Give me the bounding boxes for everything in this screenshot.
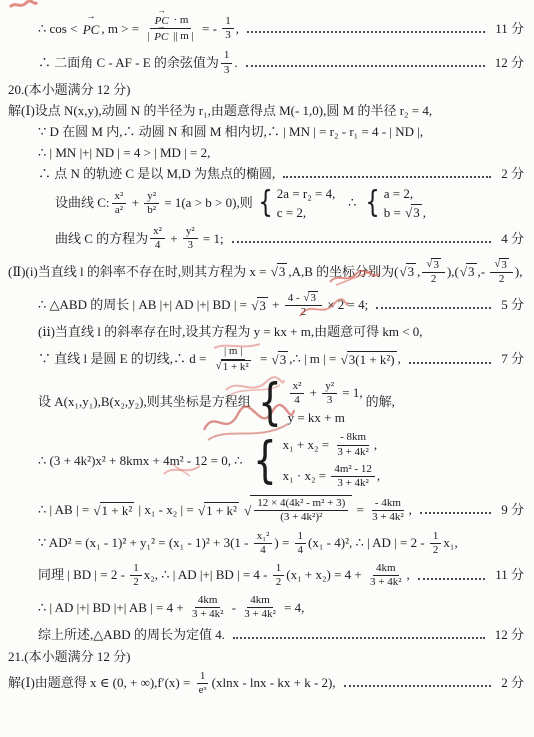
math-text: ∵ D 在圆 M 内,∴ 动圆 N 和圆 M 相内切,∴ | MN | = r₂… <box>38 124 423 140</box>
math-text: ,- <box>478 264 489 280</box>
math-text: ),( <box>447 264 459 280</box>
math-text: ∴ <box>338 195 359 211</box>
math-text: , <box>377 468 380 484</box>
math-expression: ∵ 直线 l 是圆 E 的切线,∴ d = | m |√1 + k² = √3,… <box>38 344 401 374</box>
fraction: | m |√1 + k² <box>212 345 255 373</box>
math-text: · m <box>171 14 189 27</box>
dotted-leader <box>418 578 485 580</box>
math-text: y² <box>325 380 334 393</box>
solution-line: ∴ △ABD 的周长 | AB |+| AD |+| BD | = √3 + 4… <box>0 290 524 320</box>
math-text: 3 + 4k² <box>337 446 369 459</box>
math-expression: ∴ | AD |+| BD |+| AB | = 4 + 4km3 + 4k² … <box>38 593 304 622</box>
math-expression: (Ⅱ)(i)当直线 l 的斜率不存在时,则其方程为 x = √3,A,B 的坐标… <box>8 257 522 287</box>
fraction: y²b² <box>144 190 159 217</box>
math-text: 2 <box>431 273 437 286</box>
solution-line: 设 A(x₁,y₁),B(x₂,y₂),则其坐标是方程组{x²4 + y²3 =… <box>0 379 524 427</box>
radicand: 1 + k² <box>221 360 251 374</box>
math-text: 3 <box>280 352 287 368</box>
math-text: c = 2, <box>277 205 306 221</box>
math-text: , <box>409 502 412 518</box>
fraction-numerator: y² <box>322 380 337 394</box>
left-brace-icon: { <box>258 379 282 427</box>
math-text: 3 + 4k² <box>370 576 402 589</box>
math-text: 的解, <box>366 394 395 410</box>
dotted-leader <box>344 685 492 687</box>
math-text: = 4, <box>281 600 305 616</box>
cases-group: {x²4 + y²3 = 1,y = kx + m <box>254 379 363 427</box>
radicand: 1 + k² <box>100 502 135 519</box>
radicand: 3 <box>411 204 422 221</box>
math-text: 1 <box>433 530 439 543</box>
math-text: 同理 | BD | = 2 - <box>38 567 128 583</box>
fraction-denominator: √1 + k² <box>212 360 255 374</box>
radicand: 12 × 4(4k² - m² + 3)(3 + 4k²)² <box>250 495 352 525</box>
cases-rows: x₁ + x₂ = - 8km3 + 4k²,x₁ · x₂ = 4m² - 1… <box>283 430 381 491</box>
fraction-numerator: 4m² - 12 <box>331 463 375 477</box>
radicand: 3 <box>499 258 509 272</box>
math-text: (Ⅱ)(i)当直线 l 的斜率不存在时,则其方程为 x = <box>8 264 270 280</box>
math-text: a² <box>115 204 123 217</box>
solution-line: ∴ (3 + 4k²)x² + 8kmx + 4m² - 12 = 0, ∴ {… <box>0 430 524 491</box>
math-text: , <box>417 264 420 280</box>
fraction-numerator: 12 × 4(4k² - m² + 3) <box>254 497 348 511</box>
math-text: ) = <box>274 535 292 551</box>
math-text: ∴ (3 + 4k²)x² + 8kmx + 4m² - 12 = 0, ∴ <box>38 453 246 469</box>
math-text: 4 <box>260 544 266 557</box>
solution-line: 综上所述,△ABD 的周长为定值 4.12 分 <box>0 626 524 644</box>
math-text: ∵ AD² = (x₁ - 1)² + y₁² = (x₁ - 1)² + 3(… <box>38 535 252 551</box>
math-text: 3 <box>225 29 231 42</box>
math-text: | x₁ - x₂ | = <box>135 502 197 518</box>
math-text: 3(1 + k²) <box>349 352 395 368</box>
math-text: (ⅱ)当直线 l 的斜率存在时,设其方程为 y = kx + m,由题意可得 k… <box>38 324 423 340</box>
math-text: = 1(a > b > 0),则 <box>161 195 253 211</box>
math-expression: 综上所述,△ABD 的周长为定值 4. <box>38 627 225 643</box>
math-text <box>240 502 243 518</box>
fraction: - 8km3 + 4k² <box>334 431 372 458</box>
math-text: = 1, <box>339 385 363 401</box>
left-brace-icon: { <box>253 437 277 485</box>
square-root: √3 <box>426 258 441 272</box>
fraction-denominator: a² <box>112 204 126 217</box>
math-text: - 8km <box>340 431 366 444</box>
math-text: (x₁ + x₂) = 4 + <box>286 567 365 583</box>
dotted-leader <box>420 512 491 514</box>
square-root: √1 + k² <box>93 502 134 519</box>
math-text: 3 <box>327 394 333 407</box>
math-text: x² <box>153 225 162 238</box>
math-expression: 20.(本小题满分 12 分) <box>8 82 130 98</box>
math-text: = <box>353 502 367 518</box>
fraction-denominator: 2 <box>430 544 442 557</box>
math-expression: ∴ 二面角 C - AF - E 的余弦值为13. <box>38 48 238 77</box>
fraction-denominator: 4 <box>152 239 164 252</box>
fraction-denominator: | PC || m | <box>144 29 196 44</box>
math-text: 4 <box>294 394 300 407</box>
math-text: 综上所述,△ABD 的周长为定值 4. <box>38 627 225 643</box>
cases-row: c = 2, <box>277 205 306 221</box>
fraction-denominator: b² <box>144 204 159 217</box>
fraction: - 4km3 + 4k² <box>369 497 407 524</box>
math-text: eˣ <box>199 684 207 697</box>
score-label: 2 分 <box>499 166 524 182</box>
fraction-numerator: 1 <box>222 15 234 29</box>
fraction-numerator: y² <box>183 225 198 239</box>
math-text: 2 <box>133 576 139 589</box>
math-text: × 2 = 4; <box>324 297 368 313</box>
math-text: 3 <box>468 264 475 280</box>
score-label: 11 分 <box>493 567 524 583</box>
math-text: 解(Ⅰ)设点 N(x,y),动圆 N 的半径为 r₁,由题意得点 M(- 1,0… <box>8 103 432 119</box>
left-brace-icon: { <box>258 189 272 218</box>
fraction: PC · m| PC || m | <box>144 13 196 44</box>
math-text: x₂, ∴ | AD |+| BD | = 4 - <box>144 567 271 583</box>
fraction: √32 <box>422 258 445 286</box>
math-text: 4 - <box>288 292 303 305</box>
math-text: ∴ 二面角 C - AF - E 的余弦值为 <box>38 55 219 71</box>
math-text: ,A,B 的坐标分别为( <box>288 264 398 280</box>
fraction-denominator: 3 + 4k² <box>334 477 372 490</box>
math-text: ∴ | AD |+| BD |+| AB | = 4 + <box>38 600 187 616</box>
fraction-denominator: 3 <box>221 64 233 77</box>
cases-row: y = kx + m <box>288 410 345 426</box>
math-text: 3 + 4k² <box>372 511 404 524</box>
square-root: √3 <box>400 263 417 280</box>
math-expression: 21.(本小题满分 12 分) <box>8 649 130 665</box>
dotted-leader <box>247 31 485 33</box>
fraction-numerator: √3 <box>422 258 445 273</box>
math-text: 2 <box>433 544 439 557</box>
math-text: 1 + k² <box>102 503 133 519</box>
cases-row: a = 2, <box>384 186 413 202</box>
cases-row: x²4 + y²3 = 1, <box>288 379 363 408</box>
fraction-numerator: 1 <box>430 530 442 544</box>
solution-line: ∴ cos < PC, m > = PC · m| PC || m | = - … <box>0 12 524 45</box>
fraction-denominator: eˣ <box>196 684 210 697</box>
math-text: , <box>398 351 401 367</box>
math-expression: ∴ cos < PC, m > = PC · m| PC || m | = - … <box>38 12 239 45</box>
math-text: 3 <box>413 205 420 221</box>
math-text: , <box>423 205 426 221</box>
math-text: + <box>128 195 142 211</box>
math-expression: ∴ | MN |+| ND | = 4 > | MD | = 2, <box>38 145 210 161</box>
square-root: √3 <box>271 263 288 280</box>
fraction: 4km3 + 4k² <box>189 594 227 621</box>
math-text: + <box>269 297 283 313</box>
fraction-denominator: 3 + 4k² <box>369 511 407 524</box>
dotted-leader <box>246 65 485 67</box>
fraction: 12 <box>430 530 442 557</box>
radicand: 1 + k² <box>204 502 239 519</box>
math-expression: 设 A(x₁,y₁),B(x₂,y₂),则其坐标是方程组{x²4 + y²3 =… <box>38 379 395 427</box>
math-text: | <box>147 30 152 43</box>
math-text: y = kx + m <box>288 410 345 426</box>
math-text: x₁ + x₂ = <box>283 437 333 453</box>
math-text: 1 + k² <box>206 503 237 519</box>
solution-line: 解(Ⅰ)由题意得 x ∈ (0, + ∞),f′(x) = 1eˣ(xlnx -… <box>0 669 524 698</box>
fraction-numerator: 1 <box>295 530 307 544</box>
solution-line: ∴ | AB | = √1 + k² | x₁ - x₂ | = √1 + k²… <box>0 495 524 525</box>
fraction-numerator: 1 <box>221 49 233 63</box>
fraction: 12 <box>130 562 142 589</box>
fraction-numerator: x² <box>290 380 305 394</box>
radicand: 3 <box>431 258 441 272</box>
math-text: 4 <box>155 239 161 252</box>
fraction-denominator: 2 <box>273 576 285 589</box>
fraction-numerator: 4 - √3 <box>285 291 322 306</box>
cases-row: x₁ + x₂ = - 8km3 + 4k², <box>283 430 378 459</box>
math-text: 4 <box>298 544 304 557</box>
dotted-leader <box>376 307 491 309</box>
math-text: a = 2, <box>384 186 413 202</box>
fraction-denominator: 2 <box>496 273 508 286</box>
radicand: 3 <box>257 297 268 314</box>
math-text: (xlnx - lnx - kx + k - 2), <box>212 675 336 691</box>
cases-group: {2a = r₂ = 4,c = 2, <box>256 186 336 221</box>
math-text: (x₁ - 4)², ∴ | AD | = 2 - <box>308 535 428 551</box>
score-label: 12 分 <box>493 55 524 71</box>
fraction-denominator: 3 + 4k² <box>241 608 279 621</box>
vector-PC: PC <box>83 20 100 38</box>
fraction: y²3 <box>183 225 198 252</box>
fraction: 4km3 + 4k² <box>241 594 279 621</box>
fraction-numerator: | m | <box>221 345 245 359</box>
math-text: 20.(本小题满分 12 分) <box>8 82 130 98</box>
scanned-page: ∴ cos < PC, m > = PC · m| PC || m | = - … <box>0 0 534 737</box>
solution-line: 21.(本小题满分 12 分) <box>0 648 524 666</box>
fraction-denominator: 4 <box>291 394 303 407</box>
math-text: = <box>257 351 271 367</box>
math-expression: (ⅱ)当直线 l 的斜率存在时,设其方程为 y = kx + m,由题意可得 k… <box>38 324 423 340</box>
cases-row: b = √3, <box>384 204 426 221</box>
solution-line: (ⅱ)当直线 l 的斜率存在时,设其方程为 y = kx + m,由题意可得 k… <box>0 323 524 341</box>
fraction: x²4 <box>290 380 305 407</box>
cases-rows: a = 2,b = √3, <box>384 186 426 222</box>
solution-line: 设曲线 C:x²a² + y²b² = 1(a > b > 0),则{2a = … <box>0 186 524 222</box>
math-text: - <box>228 600 239 616</box>
math-text: 3 + 4k² <box>192 608 224 621</box>
math-text: b = <box>384 205 404 221</box>
fraction: x²4 <box>150 225 165 252</box>
math-text: 曲线 C 的方程为 <box>55 231 148 247</box>
math-expression: ∵ D 在圆 M 内,∴ 动圆 N 和圆 M 相内切,∴ | MN | = r₂… <box>38 124 423 140</box>
fraction-numerator: PC · m <box>150 13 192 29</box>
red-pen-mark <box>8 0 38 10</box>
fraction-numerator: 1 <box>197 670 209 684</box>
math-expression: 设曲线 C:x²a² + y²b² = 1(a > b > 0),则{2a = … <box>55 186 429 222</box>
math-text: 4km <box>250 594 270 607</box>
fraction-denominator: 3 <box>184 239 196 252</box>
fraction: 13 <box>221 49 233 76</box>
math-expression: ∴ (3 + 4k²)x² + 8kmx + 4m² - 12 = 0, ∴ {… <box>38 430 383 491</box>
math-text: , <box>236 21 239 37</box>
fraction-numerator: x² <box>112 190 127 204</box>
score-label: 2 分 <box>499 675 524 691</box>
math-text: x² <box>293 380 302 393</box>
math-text: ∴ | MN |+| ND | = 4 > | MD | = 2, <box>38 145 210 161</box>
math-text: , m > = <box>101 21 142 37</box>
math-text: , <box>407 567 410 583</box>
vector-PC: PC <box>154 29 168 44</box>
math-text: ∵ 直线 l 是圆 E 的切线,∴ d = <box>38 351 210 367</box>
math-text: ,∴ | m | = <box>289 351 339 367</box>
math-expression: ∴ △ABD 的周长 | AB |+| AD |+| BD | = √3 + 4… <box>38 290 368 320</box>
math-text: x₁² <box>257 530 270 543</box>
radicand: 3 <box>466 263 477 280</box>
math-expression: ∴ 点 N 的轨迹 C 是以 M,D 为焦点的椭圆, <box>38 166 275 182</box>
solution-line: ∵ D 在圆 M 内,∴ 动圆 N 和圆 M 相内切,∴ | MN | = r₂… <box>0 123 524 141</box>
fraction-numerator: 4km <box>195 594 221 608</box>
math-text: 1 + k² <box>223 361 249 374</box>
solution-line: ∵ 直线 l 是圆 E 的切线,∴ d = | m |√1 + k² = √3,… <box>0 344 524 374</box>
math-text: 4km <box>376 562 396 575</box>
square-root: √12 × 4(4k² - m² + 3)(3 + 4k²)² <box>244 495 352 525</box>
solution-line: ∵ AD² = (x₁ - 1)² + y₁² = (x₁ - 1)² + 3(… <box>0 529 524 558</box>
dotted-leader <box>409 362 491 364</box>
math-text: 3 <box>408 264 415 280</box>
fraction-denominator: 3 <box>222 29 234 42</box>
math-text: 3 + 4k² <box>337 477 369 490</box>
math-text: 2 <box>276 576 282 589</box>
math-text: y² <box>147 190 156 203</box>
math-text: (3 + 4k²)² <box>280 511 322 524</box>
math-text: ∴ cos < <box>38 21 81 37</box>
math-text: , <box>374 437 377 453</box>
score-label: 12 分 <box>493 627 524 643</box>
math-text: x₁ · x₂ = <box>283 468 330 484</box>
fraction-denominator: 2 <box>298 306 310 319</box>
math-expression: 曲线 C 的方程为x²4 + y²3 = 1; <box>55 224 224 253</box>
square-root: √3 <box>251 297 268 314</box>
math-text: 4m² - 12 <box>334 463 372 476</box>
math-text: b² <box>147 204 156 217</box>
cases-row: 2a = r₂ = 4, <box>277 186 336 202</box>
fraction: 14 <box>295 530 307 557</box>
math-expression: ∵ AD² = (x₁ - 1)² + y₁² = (x₁ - 1)² + 3(… <box>38 529 458 558</box>
fraction-numerator: 4km <box>247 594 273 608</box>
solution-line: 同理 | BD | = 2 - 12x₂, ∴ | AD |+| BD | = … <box>0 561 524 590</box>
math-text: = - <box>199 21 220 37</box>
fraction-numerator: √3 <box>490 258 513 273</box>
fraction-denominator: 3 + 4k² <box>367 576 405 589</box>
dotted-leader <box>233 637 485 639</box>
score-label: 7 分 <box>499 351 524 367</box>
math-text: 设 A(x₁,y₁),B(x₂,y₂),则其坐标是方程组 <box>38 394 251 410</box>
radicand: 3 <box>308 291 318 305</box>
fraction-denominator: 3 + 4k² <box>189 608 227 621</box>
cases-group: {x₁ + x₂ = - 8km3 + 4k²,x₁ · x₂ = 4m² - … <box>249 430 380 491</box>
math-text: 1 <box>133 562 139 575</box>
square-root: √3 <box>272 351 289 368</box>
radicand: 3 <box>277 263 288 280</box>
fraction-numerator: - 4km <box>372 497 404 511</box>
square-root: √3 <box>405 204 422 221</box>
math-text: = 1; <box>200 231 224 247</box>
math-text: 3 <box>310 292 316 305</box>
math-text: . <box>234 55 237 71</box>
solution-line: ∴ 二面角 C - AF - E 的余弦值为13.12 分 <box>0 48 524 77</box>
math-text: | m | <box>224 345 242 358</box>
square-root: √3 <box>460 263 477 280</box>
math-text: 1 <box>298 530 304 543</box>
fraction: 13 <box>222 15 234 42</box>
left-brace-icon: { <box>365 189 379 218</box>
math-text: 3 <box>224 64 230 77</box>
math-text: 解(Ⅰ)由题意得 x ∈ (0, + ∞),f′(x) = <box>8 675 194 691</box>
score-label: 4 分 <box>499 231 524 247</box>
math-text: 2 <box>301 306 307 319</box>
solution-line: ∴ | MN |+| ND | = 4 > | MD | = 2, <box>0 144 524 162</box>
fraction: 1eˣ <box>196 670 210 697</box>
fraction-numerator: x₁² <box>254 530 273 544</box>
square-root: √3 <box>303 291 318 305</box>
solution-line: 20.(本小题满分 12 分) <box>0 81 524 99</box>
math-text: ∴ △ABD 的周长 | AB |+| AD |+| BD | = <box>38 297 250 313</box>
score-label: 5 分 <box>499 297 524 313</box>
math-text: 1 <box>225 15 231 28</box>
math-text: ), <box>515 264 523 280</box>
radicand: 3 <box>278 351 289 368</box>
math-text: 1 <box>224 49 230 62</box>
score-label: 9 分 <box>499 502 524 518</box>
solution-line: 曲线 C 的方程为x²4 + y²3 = 1;4 分 <box>0 224 524 253</box>
math-text: ∴ | AB | = <box>38 502 92 518</box>
fraction-numerator: y² <box>144 190 159 204</box>
math-text: ∴ 点 N 的轨迹 C 是以 M,D 为焦点的椭圆, <box>38 166 275 182</box>
fraction: y²3 <box>322 380 337 407</box>
fraction-numerator: x² <box>150 225 165 239</box>
math-text: 3 <box>501 259 507 272</box>
cases-row: x₁ · x₂ = 4m² - 123 + 4k², <box>283 462 381 491</box>
math-expression: ∴ | AB | = √1 + k² | x₁ - x₂ | = √1 + k²… <box>38 495 412 525</box>
math-text: 3 <box>433 259 439 272</box>
solution-line: ∴ | AD |+| BD |+| AB | = 4 + 4km3 + 4k² … <box>0 593 524 622</box>
square-root: √3(1 + k²) <box>341 351 397 368</box>
fraction: 12 <box>273 562 285 589</box>
fraction-numerator: 4km <box>373 562 399 576</box>
math-text: 1 <box>200 670 206 683</box>
square-root: √1 + k² <box>198 502 239 519</box>
math-text: x₁, <box>443 535 457 551</box>
fraction: 12 × 4(4k² - m² + 3)(3 + 4k²)² <box>254 497 348 524</box>
fraction-denominator: 4 <box>257 544 269 557</box>
solution-line: 解(Ⅰ)设点 N(x,y),动圆 N 的半径为 r₁,由题意得点 M(- 1,0… <box>0 102 524 120</box>
math-text: 3 + 4k² <box>244 608 276 621</box>
math-text: 2a = r₂ = 4, <box>277 186 336 202</box>
math-text: x² <box>115 190 124 203</box>
fraction-denominator: 2 <box>130 576 142 589</box>
square-root: √3 <box>494 258 509 272</box>
math-text: 设曲线 C: <box>55 195 110 211</box>
fraction-denominator: 3 + 4k² <box>334 446 372 459</box>
math-text: 3 <box>259 298 266 314</box>
fraction-denominator: 2 <box>428 273 440 286</box>
math-expression: 解(Ⅰ)设点 N(x,y),动圆 N 的半径为 r₁,由题意得点 M(- 1,0… <box>8 103 432 119</box>
math-text: + <box>167 231 181 247</box>
math-text: 4km <box>198 594 218 607</box>
math-text: + <box>306 385 320 401</box>
radicand: 3 <box>406 263 417 280</box>
math-text: 21.(本小题满分 12 分) <box>8 649 130 665</box>
fraction: 4km3 + 4k² <box>367 562 405 589</box>
math-expression: 同理 | BD | = 2 - 12x₂, ∴ | AD |+| BD | = … <box>38 561 410 590</box>
cases-rows: 2a = r₂ = 4,c = 2, <box>277 186 336 221</box>
math-text: 3 <box>187 239 193 252</box>
math-expression: 解(Ⅰ)由题意得 x ∈ (0, + ∞),f′(x) = 1eˣ(xlnx -… <box>8 669 336 698</box>
fraction: 4m² - 123 + 4k² <box>331 463 375 490</box>
score-label: 11 分 <box>493 21 524 37</box>
fraction-numerator: - 8km <box>337 431 369 445</box>
